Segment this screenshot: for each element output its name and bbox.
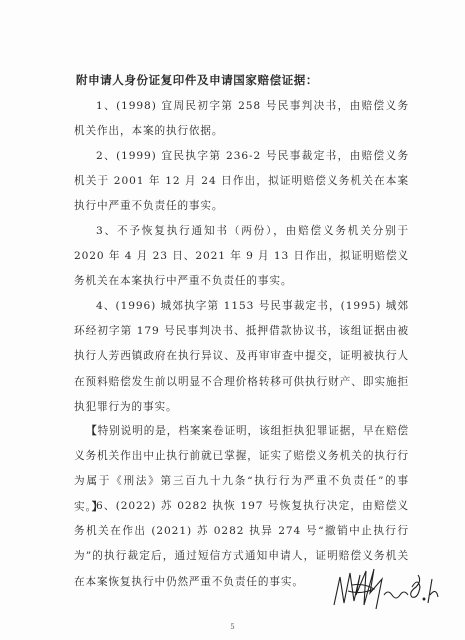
document-page: 附申请人身份证复印件及申请国家赔偿证据： 1、(1998) 宜周民初字第 258… <box>0 0 465 640</box>
evidence-list-heading: 附申请人身份证复印件及申请国家赔偿证据： <box>76 72 318 88</box>
evidence-item-4: 4、(1996) 城郊执字第 1153 号民事裁定书，(1995) 城郊环经初字… <box>74 294 409 420</box>
evidence-item-1: 1、(1998) 宜周民初字第 258 号民事判决书，由赔偿义务机关作出，本案的… <box>74 94 409 144</box>
open-bracket: 【 <box>86 425 98 437</box>
evidence-item-2: 2、(1999) 宜民执字第 236-2 号民事裁定书，由赔偿义务机关于 200… <box>74 144 409 220</box>
handwritten-signature-icon <box>330 565 440 615</box>
evidence-item-3: 3、不予恢复执行通知书（两份），由赔偿义务机关分别于 2020 年 4 月 23… <box>74 219 409 295</box>
page-number: 5 <box>0 623 465 631</box>
